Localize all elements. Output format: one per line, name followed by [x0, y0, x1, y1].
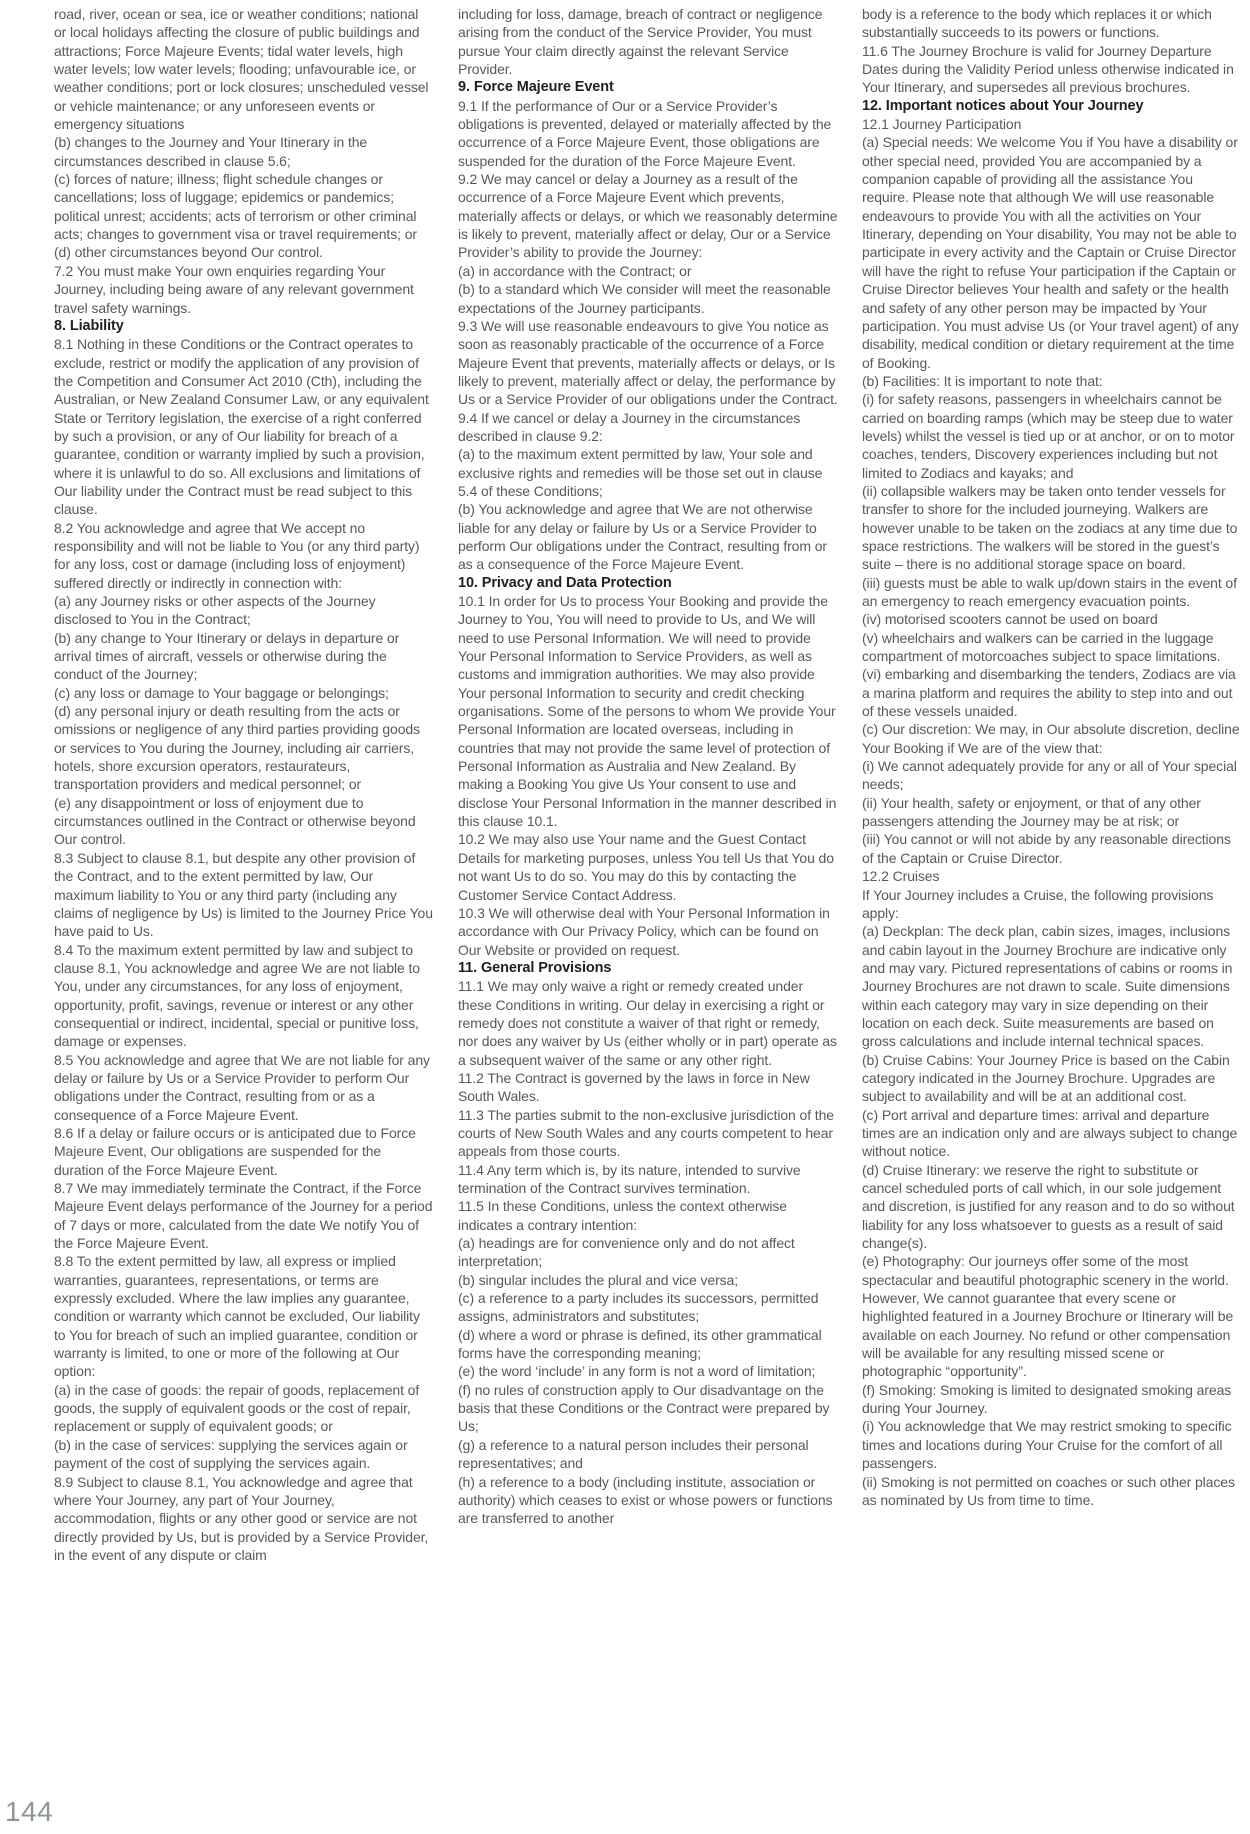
clause-paragraph: (e) the word ‘include’ in any form is no… — [458, 1362, 838, 1380]
clause-paragraph: (b) Cruise Cabins: Your Journey Price is… — [862, 1051, 1242, 1106]
clause-paragraph: (e) Photography: Our journeys offer some… — [862, 1252, 1242, 1380]
clause-paragraph: (a) headings are for convenience only an… — [458, 1234, 838, 1271]
clause-paragraph: 8.5 You acknowledge and agree that We ar… — [54, 1051, 434, 1124]
clause-paragraph: (d) other circumstances beyond Our contr… — [54, 243, 434, 261]
clause-paragraph: (i) You acknowledge that We may restrict… — [862, 1417, 1242, 1472]
clause-paragraph: (a) in accordance with the Contract; or — [458, 262, 838, 280]
clause-paragraph: 9.1 If the performance of Our or a Servi… — [458, 97, 838, 170]
clause-paragraph: road, river, ocean or sea, ice or weathe… — [54, 5, 434, 133]
clause-paragraph: (f) no rules of construction apply to Ou… — [458, 1381, 838, 1436]
clause-paragraph: 10.2 We may also use Your name and the G… — [458, 830, 838, 903]
clause-paragraph: (iv) motorised scooters cannot be used o… — [862, 610, 1242, 628]
clause-paragraph: If Your Journey includes a Cruise, the f… — [862, 886, 1242, 923]
text-column-2: including for loss, damage, breach of co… — [458, 5, 838, 1564]
clause-paragraph: (a) Special needs: We welcome You if You… — [862, 133, 1242, 371]
clause-paragraph: (c) Port arrival and departure times: ar… — [862, 1106, 1242, 1161]
clause-paragraph: 8.7 We may immediately terminate the Con… — [54, 1179, 434, 1252]
clause-paragraph: (b) to a standard which We consider will… — [458, 280, 838, 317]
clause-paragraph: (g) a reference to a natural person incl… — [458, 1436, 838, 1473]
clause-paragraph: (b) in the case of services: supplying t… — [54, 1436, 434, 1473]
clause-paragraph: (i) We cannot adequately provide for any… — [862, 757, 1242, 794]
text-column-1: road, river, ocean or sea, ice or weathe… — [54, 5, 434, 1564]
clause-paragraph: (c) any loss or damage to Your baggage o… — [54, 684, 434, 702]
clause-paragraph: (b) any change to Your Itinerary or dela… — [54, 629, 434, 684]
clause-paragraph: 9.3 We will use reasonable endeavours to… — [458, 317, 838, 409]
clause-paragraph: 8.3 Subject to clause 8.1, but despite a… — [54, 849, 434, 941]
clause-paragraph: (c) Our discretion: We may, in Our absol… — [862, 720, 1242, 757]
clause-paragraph: 11.2 The Contract is governed by the law… — [458, 1069, 838, 1106]
clause-paragraph: (b) changes to the Journey and Your Itin… — [54, 133, 434, 170]
clause-paragraph: (b) You acknowledge and agree that We ar… — [458, 500, 838, 573]
page-number: 144 — [5, 1796, 53, 1828]
section-heading: 10. Privacy and Data Protection — [458, 574, 838, 592]
section-heading: 12. Important notices about Your Journey — [862, 97, 1242, 115]
section-heading: 11. General Provisions — [458, 959, 838, 977]
clause-paragraph: 11.4 Any term which is, by its nature, i… — [458, 1161, 838, 1198]
clause-paragraph: 11.5 In these Conditions, unless the con… — [458, 1197, 838, 1234]
clause-paragraph: (a) to the maximum extent permitted by l… — [458, 445, 838, 500]
clause-paragraph: 8.4 To the maximum extent permitted by l… — [54, 941, 434, 1051]
clause-paragraph: (iii) You cannot or will not abide by an… — [862, 830, 1242, 867]
clause-paragraph: 8.1 Nothing in these Conditions or the C… — [54, 335, 434, 518]
clause-paragraph: (d) where a word or phrase is defined, i… — [458, 1326, 838, 1363]
clause-paragraph: (c) a reference to a party includes its … — [458, 1289, 838, 1326]
clause-paragraph: (iii) guests must be able to walk up/dow… — [862, 574, 1242, 611]
section-heading: 9. Force Majeure Event — [458, 78, 838, 96]
clause-paragraph: (ii) collapsible walkers may be taken on… — [862, 482, 1242, 574]
clause-paragraph: 11.6 The Journey Brochure is valid for J… — [862, 42, 1242, 97]
clause-paragraph: (e) any disappointment or loss of enjoym… — [54, 794, 434, 849]
clause-paragraph: 9.2 We may cancel or delay a Journey as … — [458, 170, 838, 262]
clause-paragraph: (v) wheelchairs and walkers can be carri… — [862, 629, 1242, 666]
clause-paragraph: 12.1 Journey Participation — [862, 115, 1242, 133]
clause-paragraph: (b) Facilities: It is important to note … — [862, 372, 1242, 390]
clause-paragraph: (i) for safety reasons, passengers in wh… — [862, 390, 1242, 482]
section-heading: 8. Liability — [54, 317, 434, 335]
clause-paragraph: (d) Cruise Itinerary: we reserve the rig… — [862, 1161, 1242, 1253]
clause-paragraph: 12.2 Cruises — [862, 867, 1242, 885]
clause-paragraph: (a) any Journey risks or other aspects o… — [54, 592, 434, 629]
clause-paragraph: 8.2 You acknowledge and agree that We ac… — [54, 519, 434, 592]
clause-paragraph: (a) in the case of goods: the repair of … — [54, 1381, 434, 1436]
clause-paragraph: 8.9 Subject to clause 8.1, You acknowled… — [54, 1473, 434, 1565]
clause-paragraph: 10.3 We will otherwise deal with Your Pe… — [458, 904, 838, 959]
clause-paragraph: (c) forces of nature; illness; flight sc… — [54, 170, 434, 243]
clause-paragraph: (b) singular includes the plural and vic… — [458, 1271, 838, 1289]
clause-paragraph: 8.6 If a delay or failure occurs or is a… — [54, 1124, 434, 1179]
clause-paragraph: (a) Deckplan: The deck plan, cabin sizes… — [862, 922, 1242, 1050]
clause-paragraph: 11.1 We may only waive a right or remedy… — [458, 977, 838, 1069]
clause-paragraph: 10.1 In order for Us to process Your Boo… — [458, 592, 838, 830]
clause-paragraph: (h) a reference to a body (including ins… — [458, 1473, 838, 1528]
clause-paragraph: (ii) Smoking is not permitted on coaches… — [862, 1473, 1242, 1510]
clause-paragraph: 7.2 You must make Your own enquiries reg… — [54, 262, 434, 317]
clause-paragraph: body is a reference to the body which re… — [862, 5, 1242, 42]
clause-paragraph: 11.3 The parties submit to the non-exclu… — [458, 1106, 838, 1161]
clause-paragraph: (vi) embarking and disembarking the tend… — [862, 665, 1242, 720]
text-columns: road, river, ocean or sea, ice or weathe… — [54, 5, 1242, 1564]
document-page: road, river, ocean or sea, ice or weathe… — [0, 0, 1250, 1834]
clause-paragraph: (ii) Your health, safety or enjoyment, o… — [862, 794, 1242, 831]
clause-paragraph: 9.4 If we cancel or delay a Journey in t… — [458, 409, 838, 446]
clause-paragraph: 8.8 To the extent permitted by law, all … — [54, 1252, 434, 1380]
clause-paragraph: including for loss, damage, breach of co… — [458, 5, 838, 78]
clause-paragraph: (f) Smoking: Smoking is limited to desig… — [862, 1381, 1242, 1418]
clause-paragraph: (d) any personal injury or death resulti… — [54, 702, 434, 794]
text-column-3: body is a reference to the body which re… — [862, 5, 1242, 1564]
